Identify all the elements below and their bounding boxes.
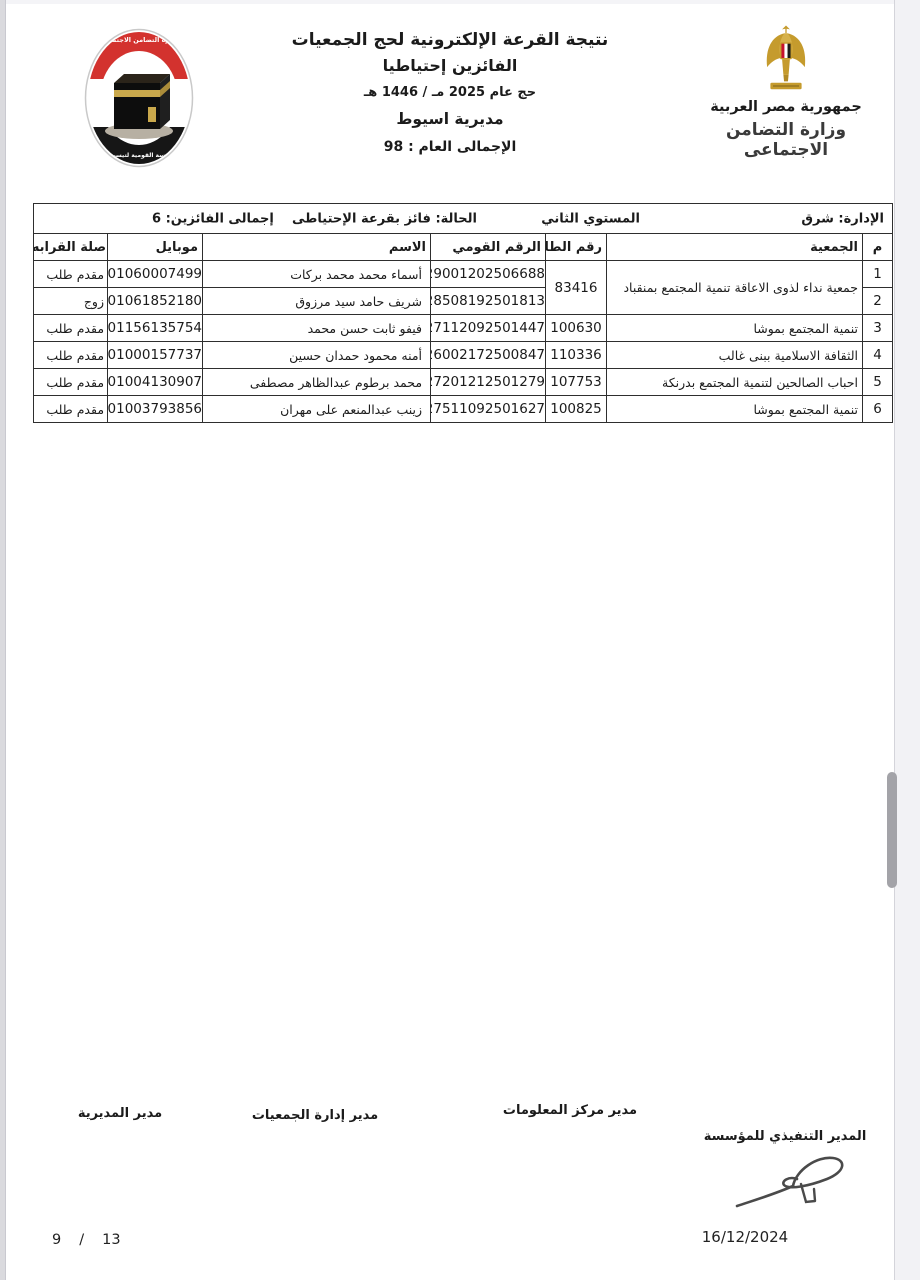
header-serial: م [863, 234, 893, 261]
mobile-cell: 01004130907 [108, 369, 203, 396]
page-number: 9 / 13 [52, 1232, 121, 1248]
serial-cell: 2 [863, 288, 893, 315]
relation-cell: مقدم طلب [34, 342, 108, 369]
table-row: 3تنمية المجتمع بموشا10063027112092501447… [34, 315, 893, 342]
relation-cell: مقدم طلب [34, 261, 108, 288]
table-header-row: م الجمعية رقم الطلب الرقم القومي الاسم م… [34, 234, 893, 261]
national-id-cell: 29001202506688 [431, 261, 546, 288]
signature-associations-dept-manager: مدير إدارة الجمعيات [240, 1108, 390, 1123]
scrollbar-thumb[interactable] [887, 772, 897, 888]
document-title-line1: نتيجة القرعة الإلكترونية لحج الجمعيات [225, 30, 675, 50]
ministry-calligraphy: وزارة التضامن الاجتماعى [700, 120, 872, 160]
republic-name: جمهورية مصر العربية [700, 99, 872, 115]
name-cell: فيفو ثابت حسن محمد [203, 315, 431, 342]
info-bar: الإدارة: شرق المستوي الثاني الحالة: فائز… [34, 204, 893, 234]
header-name: الاسم [203, 234, 431, 261]
header-association: الجمعية [607, 234, 863, 261]
serial-cell: 5 [863, 369, 893, 396]
page-total: 13 [102, 1232, 120, 1248]
administration-value: الإدارة: شرق [801, 211, 884, 226]
results-table: الإدارة: شرق المستوي الثاني الحالة: فائز… [33, 203, 893, 423]
association-cell: تنمية المجتمع بموشا [607, 396, 863, 423]
national-id-cell: 27112092501447 [431, 315, 546, 342]
info-bar-row: الإدارة: شرق المستوي الثاني الحالة: فائز… [34, 204, 893, 234]
relation-cell: مقدم طلب [34, 315, 108, 342]
table-row: 4الثقافة الاسلامية ببنى غالب110336260021… [34, 342, 893, 369]
relation-cell: مقدم طلب [34, 369, 108, 396]
request-number-cell: 100825 [546, 396, 607, 423]
mobile-cell: 01000157737 [108, 342, 203, 369]
national-id-cell: 27511092501627 [431, 396, 546, 423]
header-relation: صلة القرابه [34, 234, 108, 261]
association-cell: الثقافة الاسلامية ببنى غالب [607, 342, 863, 369]
name-cell: أسماء محمد محمد بركات [203, 261, 431, 288]
header-request-no: رقم الطلب [546, 234, 607, 261]
page-separator: / [79, 1232, 84, 1248]
mobile-cell: 01060007499 [108, 261, 203, 288]
name-cell: أمنه محمود حمدان حسين [203, 342, 431, 369]
serial-cell: 6 [863, 396, 893, 423]
status-value: الحالة: فائز بقرعة الإحتياطى [292, 211, 477, 226]
relation-cell: زوج [34, 288, 108, 315]
grand-total-line: الإجمالى العام : 98 [225, 139, 675, 155]
table-row: 5احباب الصالحين لتنمية المجتمع بدرنكة107… [34, 369, 893, 396]
signature-info-center-manager: مدير مركز المعلومات [490, 1103, 650, 1118]
serial-cell: 1 [863, 261, 893, 288]
document-date: 16/12/2024 [695, 1228, 795, 1246]
state-emblem-block: جمهورية مصر العربية وزارة التضامن الاجتم… [700, 24, 872, 160]
total-winners-value: إجمالى الفائزين: 6 [152, 211, 274, 226]
mobile-cell: 01061852180 [108, 288, 203, 315]
name-cell: محمد برطوم عبدالظاهر مصطفى [203, 369, 431, 396]
results-table-body: 1جمعية نداء لذوى الاعاقة تنمية المجتمع ب… [34, 261, 893, 423]
document-title-block: نتيجة القرعة الإلكترونية لحج الجمعيات ال… [225, 30, 675, 155]
document-title-line2: الفائزين إحتياطيا [225, 56, 675, 75]
request-number-cell: 110336 [546, 342, 607, 369]
request-number-cell: 107753 [546, 369, 607, 396]
directorate-line: مديرية اسيوط [225, 110, 675, 128]
national-id-cell: 27201212501279 [431, 369, 546, 396]
serial-cell: 4 [863, 342, 893, 369]
name-cell: شريف حامد سيد مرزوق [203, 288, 431, 315]
hajj-foundation-logo: وزارة التضامن الاجتماعي المؤسسة القومية … [84, 27, 194, 169]
kaaba-oval-emblem-icon: وزارة التضامن الاجتماعي المؤسسة القومية … [84, 27, 194, 169]
header-mobile: موبايل [108, 234, 203, 261]
hajj-year-line: حج عام 2025 مـ / 1446 هـ [225, 85, 675, 100]
header-national-id: الرقم القومي [431, 234, 546, 261]
mobile-cell: 01156135754 [108, 315, 203, 342]
handwritten-signature-icon [733, 1148, 851, 1214]
national-id-cell: 26002172500847 [431, 342, 546, 369]
association-cell: تنمية المجتمع بموشا [607, 315, 863, 342]
request-number-cell: 100630 [546, 315, 607, 342]
association-cell: جمعية نداء لذوى الاعاقة تنمية المجتمع بم… [607, 261, 863, 315]
national-id-cell: 28508192501813 [431, 288, 546, 315]
signature-executive-director: المدير التنفيذي للمؤسسة [700, 1129, 870, 1144]
page-current: 9 [52, 1232, 61, 1248]
viewer-right-gutter [894, 0, 920, 1280]
table-row: 6تنمية المجتمع بموشا10082527511092501627… [34, 396, 893, 423]
relation-cell: مقدم طلب [34, 396, 108, 423]
name-cell: زينب عبدالمنعم على مهران [203, 396, 431, 423]
request-number-cell: 83416 [546, 261, 607, 315]
table-row: 1جمعية نداء لذوى الاعاقة تنمية المجتمع ب… [34, 261, 893, 288]
document-page: { "colors": { "logo_red": "#d3322e", "ea… [0, 0, 920, 1280]
signature-directorate-manager: مدير المديرية [60, 1106, 180, 1121]
photo-top-edge [0, 0, 920, 4]
egypt-eagle-icon [760, 24, 812, 92]
level-value: المستوي الثاني [541, 211, 640, 226]
serial-cell: 3 [863, 315, 893, 342]
association-cell: احباب الصالحين لتنمية المجتمع بدرنكة [607, 369, 863, 396]
mobile-cell: 01003793856 [108, 396, 203, 423]
photo-left-edge [0, 0, 6, 1280]
